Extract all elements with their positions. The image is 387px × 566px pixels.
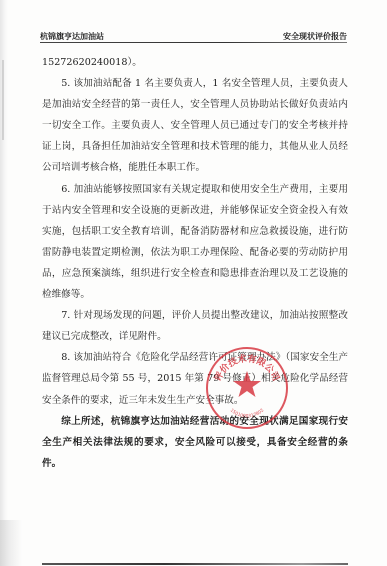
binding-mark xyxy=(2,60,4,140)
page-corner-shadow xyxy=(0,520,22,566)
paragraph-item-6: 6. 加油站能够按照国家有关规定提取和使用安全生产费用，主要用于站内安全管理和安… xyxy=(42,179,348,306)
header-divider xyxy=(40,42,347,43)
paragraph-item-7: 7. 针对现场发现的问题，评价人员提出整改建议，加油站按照整改建议已完成整改，详… xyxy=(42,305,348,347)
header-report-title: 安全现状评价报告 xyxy=(283,31,347,41)
document-body: 15272620240018）。 5. 该加油站配备 1 名主要负责人，1 名安… xyxy=(42,52,348,474)
paragraph-item-8: 8. 该加油站符合《危险化学品经营许可证管理办法》（国家安全生产监督管理总局令第… xyxy=(42,347,348,410)
footer-divider xyxy=(42,563,348,565)
paragraph-conclusion: 综上所述，杭锦旗亨达加油站经营活动的安全现状满足国家现行安全生产相关法律法规的要… xyxy=(42,411,348,474)
paragraph-item-5: 5. 该加油站配备 1 名主要负责人，1 名安全管理人员，主要负责人是加油站安全… xyxy=(42,73,348,178)
header-company-name: 杭锦旗亨达加油站 xyxy=(40,31,104,41)
paragraph-continuation: 15272620240018）。 xyxy=(42,52,348,73)
